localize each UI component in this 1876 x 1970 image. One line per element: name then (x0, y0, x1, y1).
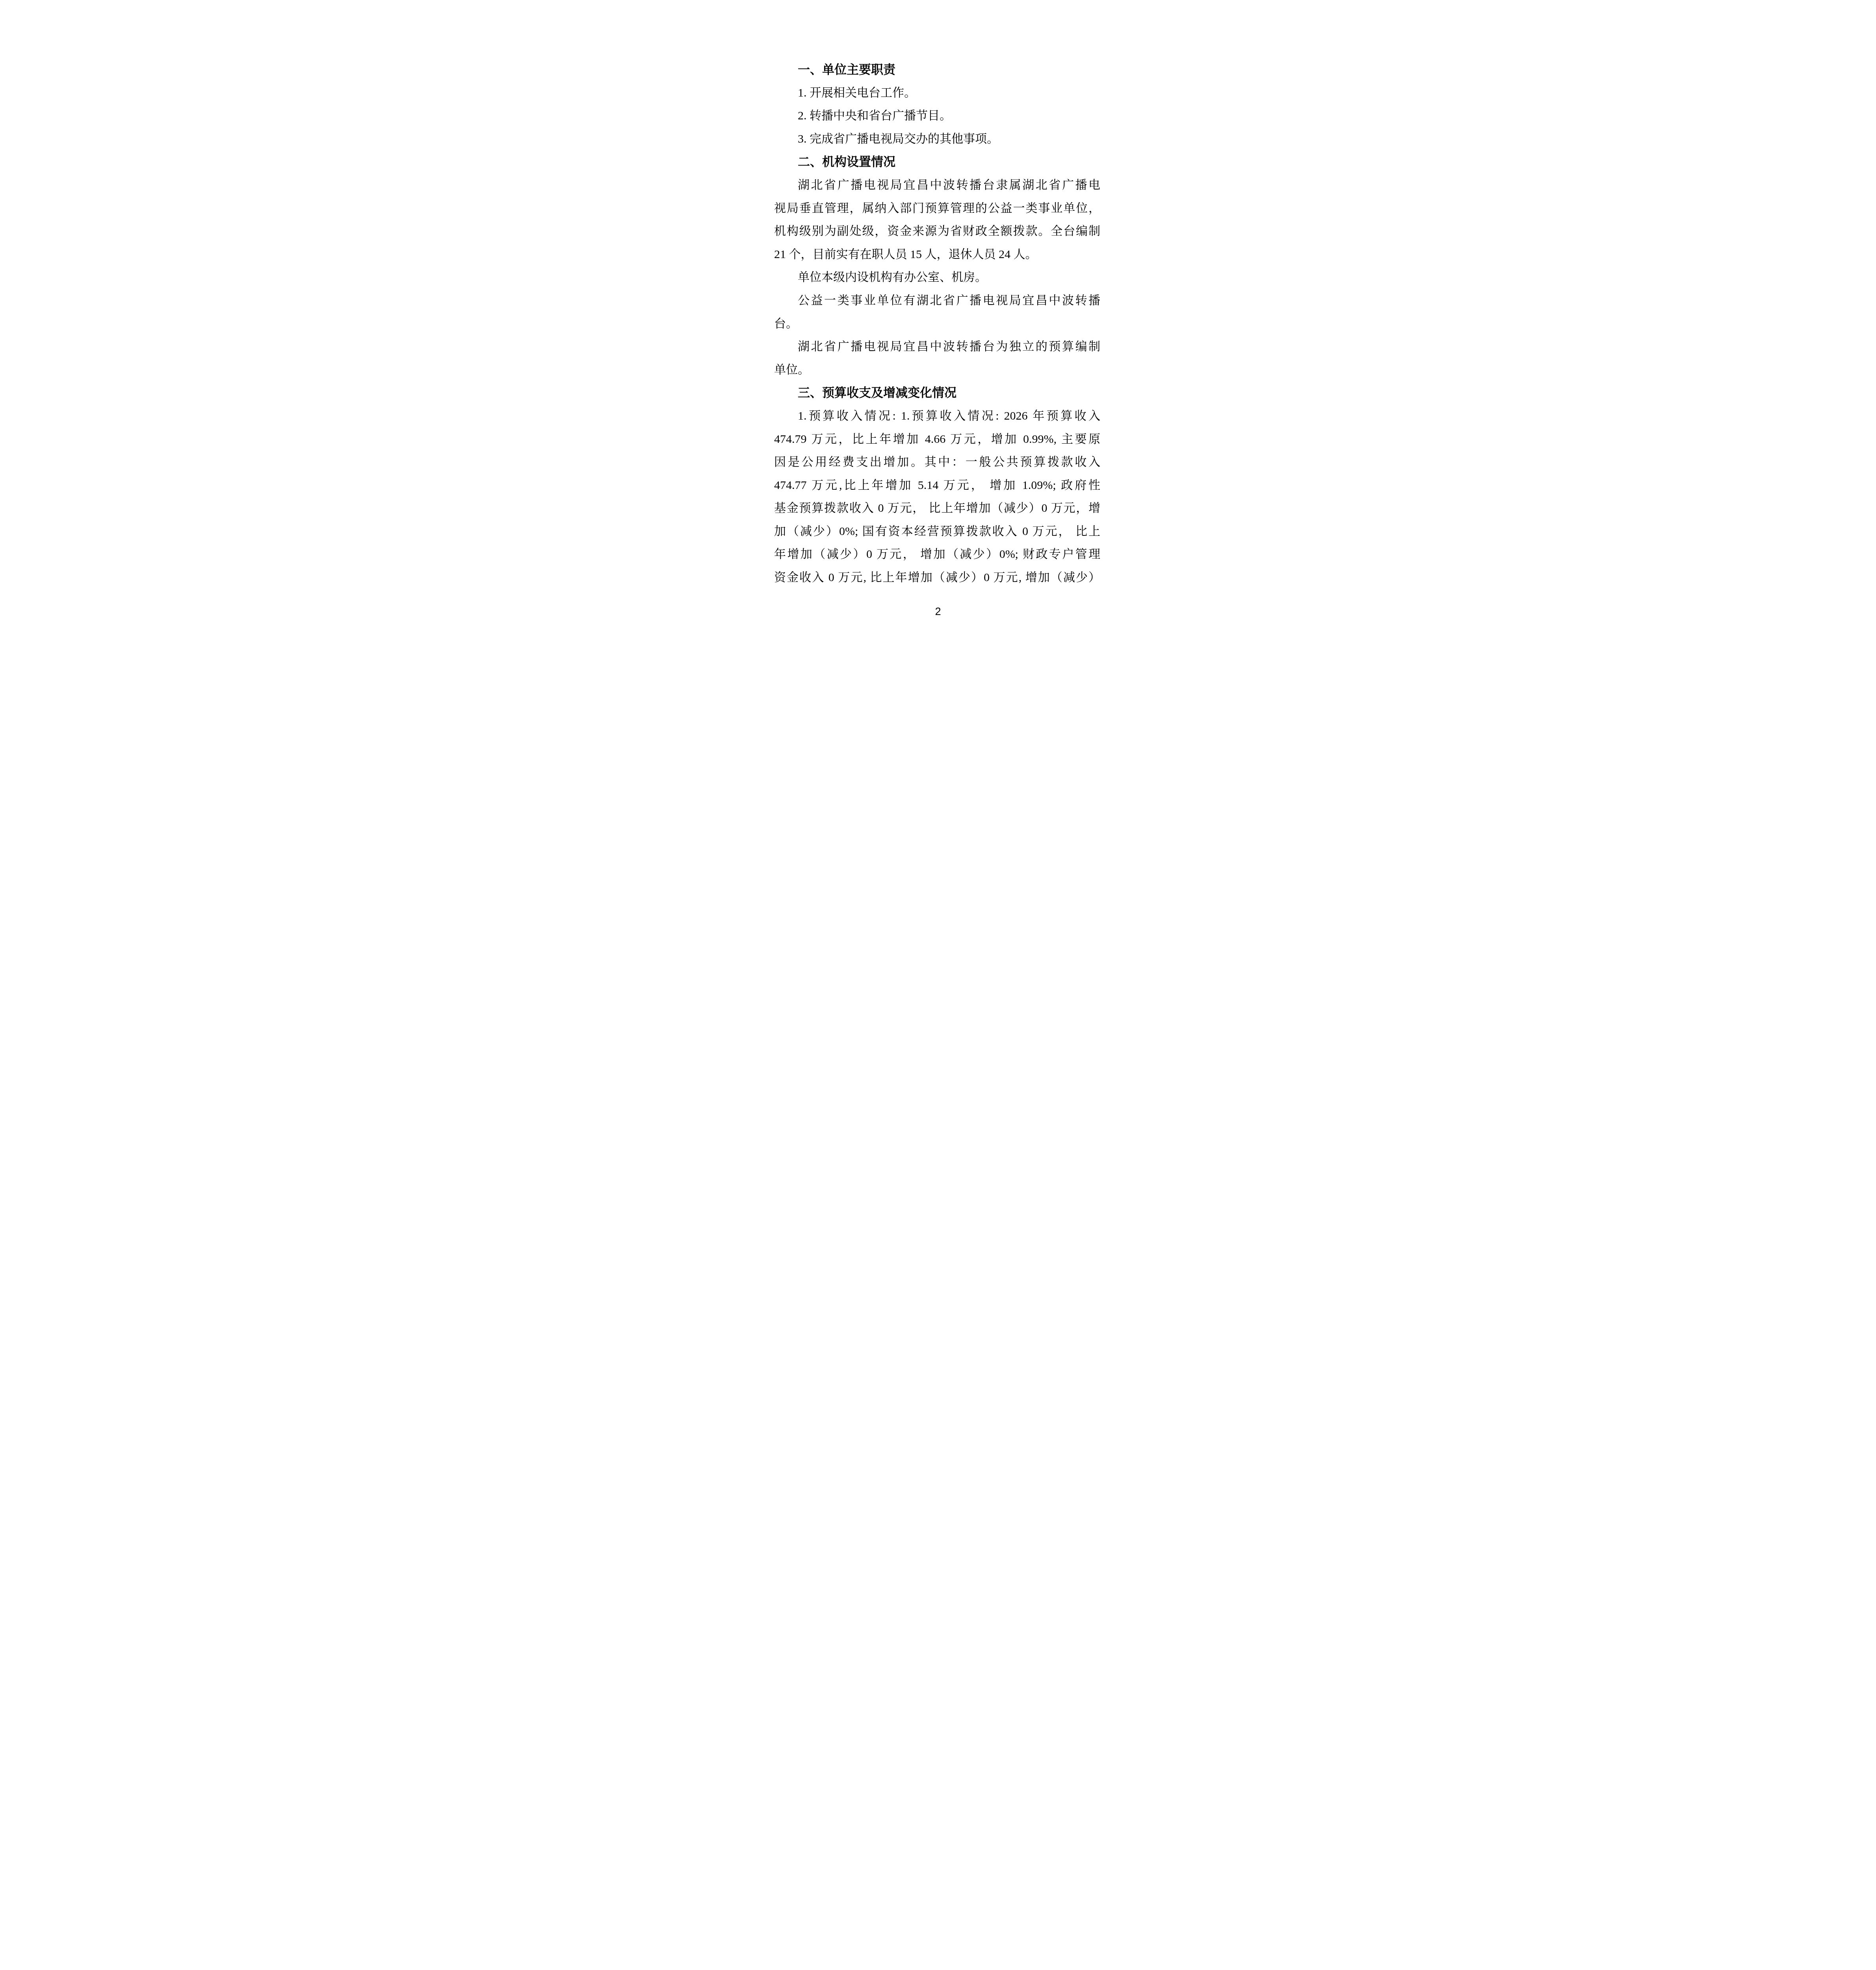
paragraph-line: 基金预算拨款收入 0 万元， 比上年增加（减少）0 万元，增 (774, 497, 1100, 520)
paragraph-line: 474.79 万元，比上年增加 4.66 万元，增加 0.99%, 主要原 (774, 428, 1100, 451)
document-body: 一、单位主要职责 1. 开展相关电台工作。 2. 转播中央和省台广播节目。 3.… (774, 58, 1100, 589)
paragraph-line: 视局垂直管理，属纳入部门预算管理的公益一类事业单位， (774, 197, 1100, 220)
paragraph-line: 474.77 万元,比上年增加 5.14 万元， 增加 1.09%; 政府性 (774, 474, 1100, 497)
section-heading-1: 一、单位主要职责 (774, 58, 1100, 82)
paragraph-line: 湖北省广播电视局宜昌中波转播台为独立的预算编制 (774, 335, 1100, 359)
page-number: 2 (704, 604, 1172, 619)
paragraph-line: 湖北省广播电视局宜昌中波转播台隶属湖北省广播电 (774, 174, 1100, 197)
section-heading-2: 二、机构设置情况 (774, 151, 1100, 174)
list-item: 3. 完成省广播电视局交办的其他事项。 (774, 128, 1100, 151)
paragraph-line: 机构级别为副处级，资金来源为省财政全额拨款。全台编制 (774, 220, 1100, 243)
document-page: 一、单位主要职责 1. 开展相关电台工作。 2. 转播中央和省台广播节目。 3.… (704, 0, 1172, 663)
paragraph-line: 因是公用经费支出增加。其中：一般公共预算拨款收入 (774, 451, 1100, 474)
paragraph-line: 年增加（减少）0 万元， 增加（减少）0%; 财政专户管理 (774, 543, 1100, 566)
paragraph-line: 单位本级内设机构有办公室、机房。 (774, 266, 1100, 289)
paragraph-line: 资金收入 0 万元, 比上年增加（减少）0 万元, 增加（减少） (774, 566, 1100, 589)
paragraph-line: 21 个，目前实有在职人员 15 人，退休人员 24 人。 (774, 243, 1100, 266)
list-item: 1. 开展相关电台工作。 (774, 82, 1100, 105)
paragraph-line: 台。 (774, 312, 1100, 336)
section-heading-3: 三、预算收支及增减变化情况 (774, 381, 1100, 405)
paragraph-line: 公益一类事业单位有湖北省广播电视局宜昌中波转播 (774, 289, 1100, 312)
list-item: 2. 转播中央和省台广播节目。 (774, 104, 1100, 128)
paragraph-line: 单位。 (774, 359, 1100, 382)
paragraph-line: 1.预算收入情况: 1.预算收入情况: 2026 年预算收入 (774, 405, 1100, 428)
paragraph-line: 加（减少）0%; 国有资本经营预算拨款收入 0 万元， 比上 (774, 520, 1100, 543)
